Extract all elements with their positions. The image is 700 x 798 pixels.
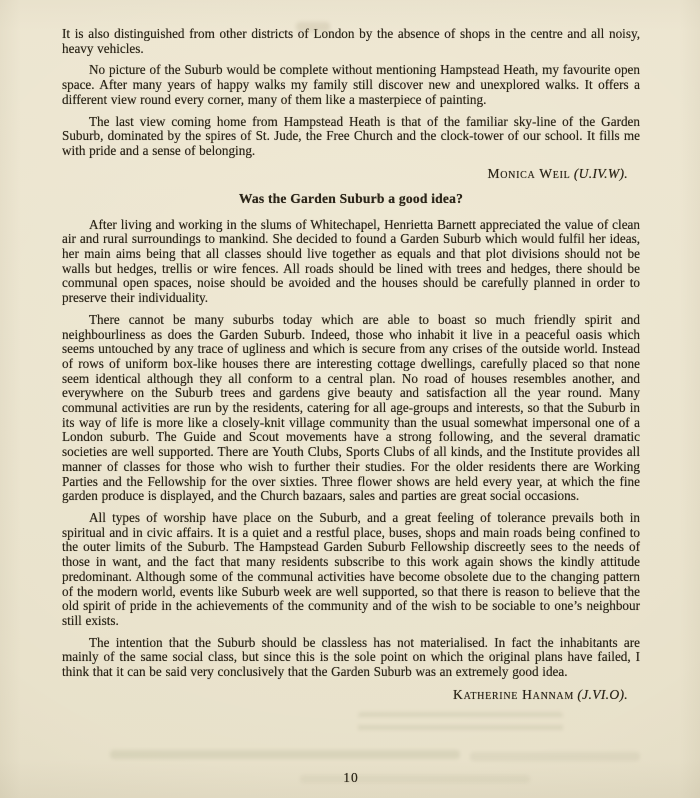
body-paragraph-1: After living and working in the slums of… <box>62 218 640 306</box>
page-number: 10 <box>62 770 640 786</box>
author-form: (U.IV.W). <box>574 166 628 181</box>
scanned-book-page: It is also distinguished from other dist… <box>0 0 700 798</box>
author-name: Monica Weil <box>487 166 570 181</box>
author-form: (J.VI.O). <box>577 687 628 702</box>
ink-bleed-smudge <box>470 752 640 761</box>
byline-katherine-hannam: Katherine Hannam (J.VI.O). <box>62 687 640 703</box>
intro-paragraph-3: The last view coming home from Hampstead… <box>62 115 640 159</box>
author-name: Katherine Hannam <box>453 687 574 702</box>
intro-paragraph-1: It is also distinguished from other dist… <box>62 27 640 56</box>
byline-monica-weil: Monica Weil (U.IV.W). <box>62 166 640 182</box>
section-heading: Was the Garden Suburb a good idea? <box>62 191 640 207</box>
page-text-block: It is also distinguished from other dist… <box>62 27 640 707</box>
body-paragraph-2: There cannot be many suburbs today which… <box>62 313 640 504</box>
ink-bleed-smudge <box>358 712 563 738</box>
intro-paragraph-2: No picture of the Suburb would be comple… <box>62 63 640 107</box>
body-paragraph-4: The intention that the Suburb should be … <box>62 636 640 680</box>
body-paragraph-3: All types of worship have place on the S… <box>62 511 640 629</box>
ink-bleed-smudge <box>110 750 460 759</box>
